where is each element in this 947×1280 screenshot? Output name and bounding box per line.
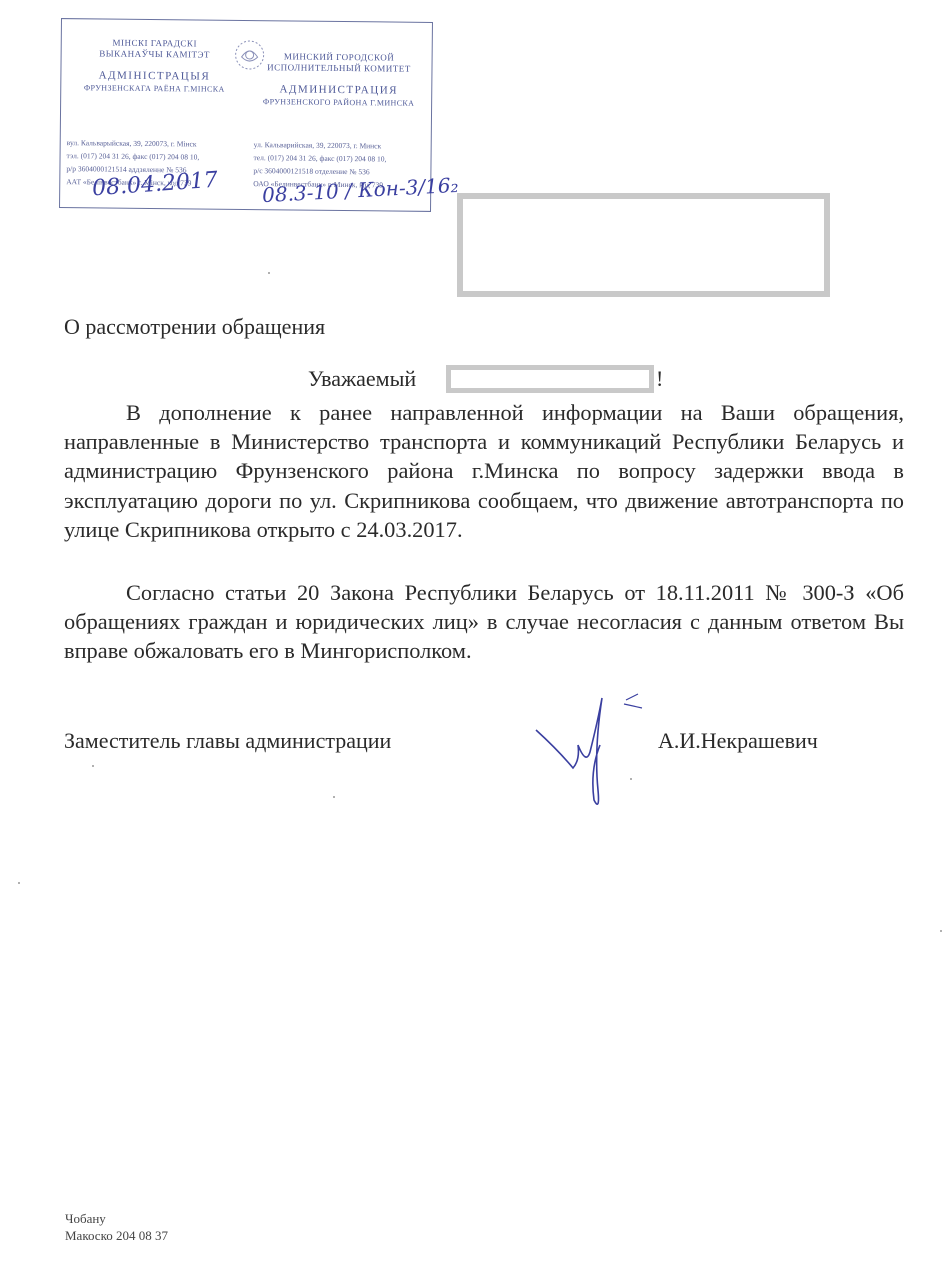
stamp-org-ru-2: ИСПОЛНИТЕЛЬНЫЙ КОМИТЕТ [251, 62, 426, 75]
executor-footer: Чобану Макоско 204 08 37 [65, 1210, 168, 1244]
footer-line-1: Чобану [65, 1210, 168, 1227]
scan-speck [92, 765, 94, 767]
stamp-left-header: МІНСКІ ГАРАДСКІ ВЫКАНАЎЧЫ КАМІТЭТ АДМІНІ… [69, 37, 240, 94]
stamp-district-ru: ФРУНЗЕНСКОГО РАЙОНА Г.МИНСКА [251, 97, 426, 108]
stamp-admin-ru: АДМИНИСТРАЦИЯ [251, 83, 426, 97]
body-paragraph-1: В дополнение к ранее направленной информ… [64, 398, 904, 544]
signature-icon [528, 690, 658, 820]
scan-speck [18, 882, 20, 884]
scan-speck [630, 778, 632, 780]
letter-subject: О рассмотрении обращения [64, 314, 325, 340]
scan-speck [940, 930, 942, 932]
stamp-org-be-2: ВЫКАНАЎЧЫ КАМІТЭТ [70, 48, 240, 61]
redacted-addressee-block [457, 193, 830, 297]
footer-line-2: Макоско 204 08 37 [65, 1227, 168, 1244]
greeting-exclamation: ! [656, 366, 663, 392]
signatory-name: А.И.Некрашевич [658, 728, 818, 754]
signatory-title: Заместитель главы администрации [64, 728, 391, 754]
stamp-right-header: МИНСКИЙ ГОРОДСКОЙ ИСПОЛНИТЕЛЬНЫЙ КОМИТЕТ… [251, 51, 427, 108]
stamp-admin-be: АДМІНІСТРАЦЫЯ [69, 69, 239, 83]
scan-speck [333, 796, 335, 798]
greeting: Уважаемый [308, 366, 416, 392]
body-paragraph-2: Согласно статьи 20 Закона Республики Бел… [64, 578, 904, 666]
scan-speck [268, 272, 270, 274]
stamp-district-be: ФРУНЗЕНСКАГА РАЁНА Г.МІНСКА [69, 83, 239, 94]
redacted-recipient-name [446, 365, 654, 393]
